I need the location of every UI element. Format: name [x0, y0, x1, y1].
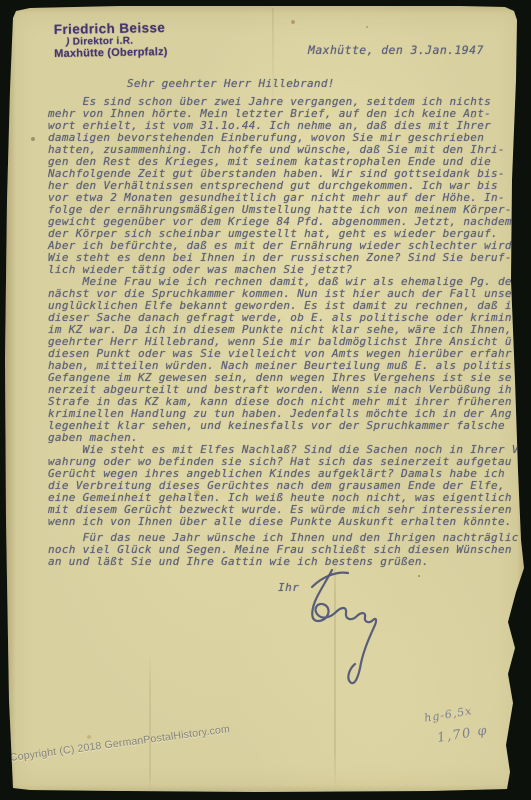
letter-paragraph: Meine Frau wie ich rechnen damit, daß wi…: [48, 276, 526, 444]
letterhead-name: Friedrich Beisse: [54, 20, 168, 37]
dateline: Maxhütte, den 3.Jan.1947: [308, 43, 484, 57]
signature-flourish: FBeisse: [298, 565, 382, 697]
letter-paragraph: Es sind schon über zwei Jahre vergangen,…: [48, 96, 526, 276]
fold-crease: [149, 654, 151, 792]
pencil-note-price-code: hg-6,5x: [423, 704, 473, 724]
letter-paper: Friedrich Beisse )Direktor i.R. Maxhütte…: [0, 0, 531, 800]
signature-main-stroke: [312, 570, 376, 683]
letter-paragraph: Wie steht es mit Elfes Nachlaß? Sind die…: [48, 444, 526, 528]
stamp-bracket-mark: ): [65, 37, 71, 48]
valediction: Ihr: [278, 581, 299, 594]
salutation: Sehr geehrter Herr Hillebrand!: [127, 77, 335, 90]
letterhead-place: Maxhütte (Oberpfalz): [54, 46, 168, 60]
letter-paragraph: Für das neue Jahr wünsche ich Ihnen und …: [48, 532, 526, 568]
copyright-watermark: Copyright (C) 2018 GermanPostalHistory.c…: [9, 726, 209, 764]
letterhead-stamp: Friedrich Beisse )Direktor i.R. Maxhütte…: [54, 20, 168, 60]
paper-stains: [0, 0, 2, 2]
letter-body: Es sind schon über zwei Jahre vergangen,…: [48, 96, 526, 568]
pencil-note-price: 1,70 φ: [436, 723, 489, 746]
